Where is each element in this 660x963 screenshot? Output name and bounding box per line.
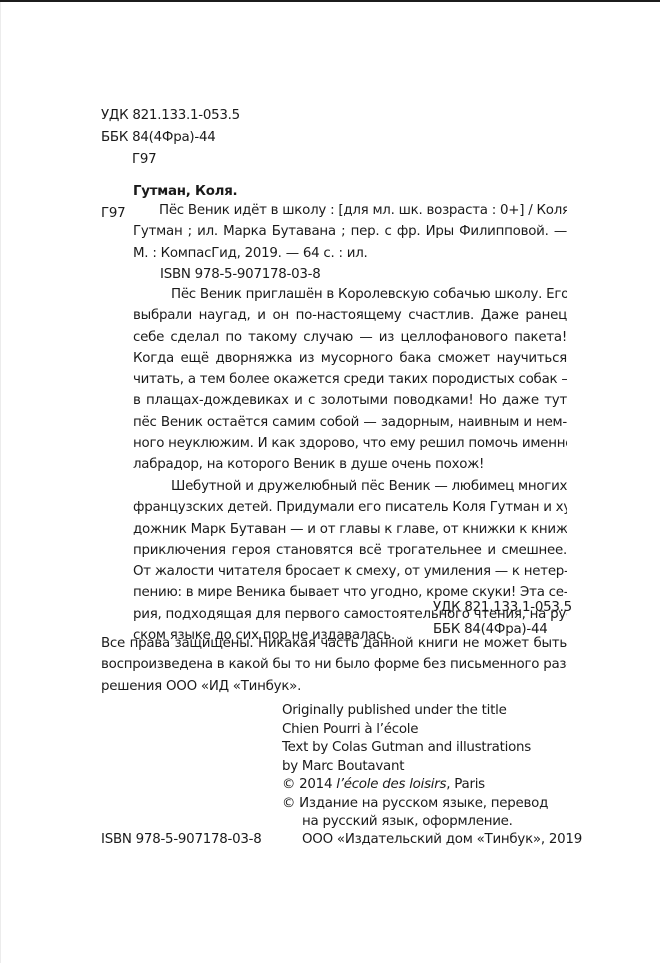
annotation-line: дожник Марк Бутаван — и от главы к главе… xyxy=(133,519,567,540)
card-author-sign: Г97 xyxy=(101,206,125,222)
copyright-icon: © xyxy=(282,796,295,811)
rights-line: воспроизведена в какой бы то ни было фор… xyxy=(101,654,567,675)
credits-copyright-russian: © Издание на русском языке, перевод xyxy=(282,796,548,812)
annotation-line: Пёс Веник приглашён в Королевскую собачь… xyxy=(133,284,567,305)
header-udk: УДК 821.133.1-053.5 xyxy=(101,108,240,124)
card-title-line: М. : КомпасГид, 2019. — 64 с. : ил. xyxy=(133,243,567,264)
annotation-udk: УДК 821.133.1-053.5 xyxy=(433,600,572,616)
annotation-line: Когда ещё дворняжка из мусорного бака см… xyxy=(133,348,567,369)
annotation-paragraph-2: Шебутной и дружелюбный пёс Веник — любим… xyxy=(133,476,567,646)
card-title-line: Гутман ; ил. Марка Бутавана ; пер. с фр.… xyxy=(133,221,567,242)
card-title-line: Пёс Веник идёт в школу : [для мл. шк. во… xyxy=(133,200,567,221)
annotation-line: французских детей. Придумали его писател… xyxy=(133,497,567,518)
card-title-block: Пёс Веник идёт в школу : [для мл. шк. во… xyxy=(133,200,567,264)
annotation-paragraph-1: Пёс Веник приглашён в Королевскую собачь… xyxy=(133,284,567,476)
card-isbn: ISBN 978-5-907178-03-8 xyxy=(160,267,321,283)
credits-russian-publisher: ООО «Издательский дом «Тинбук», 2019 xyxy=(302,832,582,848)
copyright-icon: © xyxy=(282,777,295,792)
imprint-page: УДК 821.133.1-053.5 ББК 84(4Фра)-44 Г97 … xyxy=(0,0,660,963)
footer-isbn: ISBN 978-5-907178-03-8 xyxy=(101,832,262,848)
header-author-sign: Г97 xyxy=(132,152,156,168)
annotation-line: лабрадор, на которого Веник в душе очень… xyxy=(133,454,567,475)
credits-original-title: Chien Pourri à l’école xyxy=(282,722,418,738)
header-bbk: ББК 84(4Фра)-44 xyxy=(101,130,216,146)
annotation-line: себе сделал по такому случаю — из целлоф… xyxy=(133,327,567,348)
annotation-line: в плащах-дождевиках и с золотыми поводка… xyxy=(133,390,567,411)
credits-illustrator: by Marc Boutavant xyxy=(282,759,404,775)
rights-line: решения ООО «ИД «Тинбук». xyxy=(101,676,567,697)
annotation-line: выбрали наугад, и он по-настоящему счаст… xyxy=(133,305,567,326)
annotation-line: приключения героя становятся всё трогате… xyxy=(133,540,567,561)
annotation-line: От жалости читателя бросает к смеху, от … xyxy=(133,561,567,582)
annotation-line: читать, а тем более окажется среди таких… xyxy=(133,369,567,390)
rights-line: Все права защищены. Никакая часть данной… xyxy=(101,633,567,654)
author-heading: Гутман, Коля. xyxy=(133,184,237,200)
original-publisher: l’école des loisirs xyxy=(336,777,446,792)
credits-original-title-label: Originally published under the title xyxy=(282,703,507,719)
annotation-line: пёс Веник остаётся самим собой — задорны… xyxy=(133,412,567,433)
annotation-line: Шебутной и дружелюбный пёс Веник — любим… xyxy=(133,476,567,497)
credits-copyright-russian-cont: на русский язык, оформление. xyxy=(302,814,513,830)
credits-authors: Text by Colas Gutman and illustrations xyxy=(282,740,531,756)
annotation-line: ного неуклюжим. И как здорово, что ему р… xyxy=(133,433,567,454)
credits-copyright-original: © 2014 l’école des loisirs, Paris xyxy=(282,777,485,793)
rights-notice: Все права защищены. Никакая часть данной… xyxy=(101,633,567,697)
